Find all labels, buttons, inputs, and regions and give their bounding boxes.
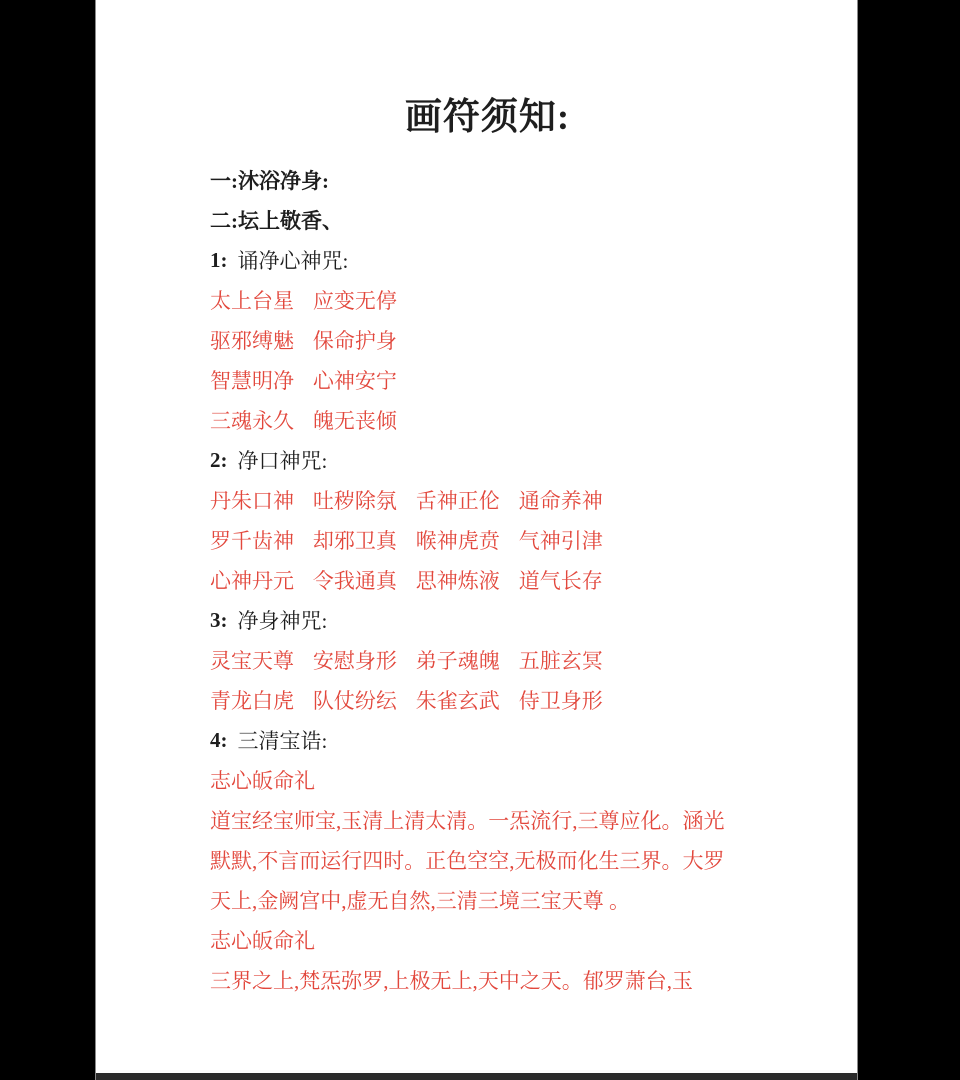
document-line: 青龙白虎 队仗纷纭 朱雀玄武 侍卫身形 bbox=[210, 680, 765, 720]
document-line: 1:诵净心神咒: bbox=[210, 240, 765, 280]
document-line: 三魂永久 魄无丧倾 bbox=[210, 400, 765, 440]
document-line: 天上,金阙宫中,虚无自然,三清三境三宝天尊 。 bbox=[210, 880, 765, 920]
document-line: 驱邪缚魅 保命护身 bbox=[210, 320, 765, 360]
line-text: 净身神咒: bbox=[238, 605, 328, 635]
document-line: 志心皈命礼 bbox=[210, 920, 765, 960]
line-text: 三清宝诰: bbox=[238, 725, 328, 755]
line-number: 4: bbox=[210, 728, 228, 753]
page-title: 画符须知: bbox=[210, 95, 765, 140]
document-line: 志心皈命礼 bbox=[210, 760, 765, 800]
document-line: 罗千齿神 却邪卫真 喉神虎贲 气神引津 bbox=[210, 520, 765, 560]
bottom-dark-bar bbox=[0, 1073, 960, 1080]
document-line: 心神丹元 令我通真 思神炼液 道气长存 bbox=[210, 560, 765, 600]
document-line: 道宝经宝师宝,玉清上清太清。一炁流行,三尊应化。涵光 bbox=[210, 800, 765, 840]
document-line: 丹朱口神 吐秽除氛 舌神正伦 通命养神 bbox=[210, 480, 765, 520]
right-black-margin bbox=[857, 0, 960, 1080]
line-number: 2: bbox=[210, 448, 228, 473]
page-content: 画符须知: 一:沐浴净身:二:坛上敬香、1:诵净心神咒:太上台星 应变无停驱邪缚… bbox=[96, 95, 857, 1000]
document-line: 3:净身神咒: bbox=[210, 600, 765, 640]
line-number: 1: bbox=[210, 248, 228, 273]
line-text: 诵净心神咒: bbox=[238, 245, 349, 275]
document-line: 三界之上,梵炁弥罗,上极无上,天中之天。郁罗萧台,玉 bbox=[210, 960, 765, 1000]
document-line: 灵宝天尊 安慰身形 弟子魂魄 五脏玄冥 bbox=[210, 640, 765, 680]
line-number: 3: bbox=[210, 608, 228, 633]
line-text: 净口神咒: bbox=[238, 445, 328, 475]
document-line: 太上台星 应变无停 bbox=[210, 280, 765, 320]
document-line: 默默,不言而运行四时。正色空空,无极而化生三界。大罗 bbox=[210, 840, 765, 880]
document-line: 2:净口神咒: bbox=[210, 440, 765, 480]
document-line: 一:沐浴净身: bbox=[210, 160, 765, 200]
document-body: 一:沐浴净身:二:坛上敬香、1:诵净心神咒:太上台星 应变无停驱邪缚魅 保命护身… bbox=[210, 160, 765, 1000]
document-line: 4:三清宝诰: bbox=[210, 720, 765, 760]
document-page: 画符须知: 一:沐浴净身:二:坛上敬香、1:诵净心神咒:太上台星 应变无停驱邪缚… bbox=[96, 0, 857, 1080]
left-black-margin bbox=[0, 0, 96, 1080]
document-line: 智慧明净 心神安宁 bbox=[210, 360, 765, 400]
document-line: 二:坛上敬香、 bbox=[210, 200, 765, 240]
document-viewer: 画符须知: 一:沐浴净身:二:坛上敬香、1:诵净心神咒:太上台星 应变无停驱邪缚… bbox=[0, 0, 960, 1080]
